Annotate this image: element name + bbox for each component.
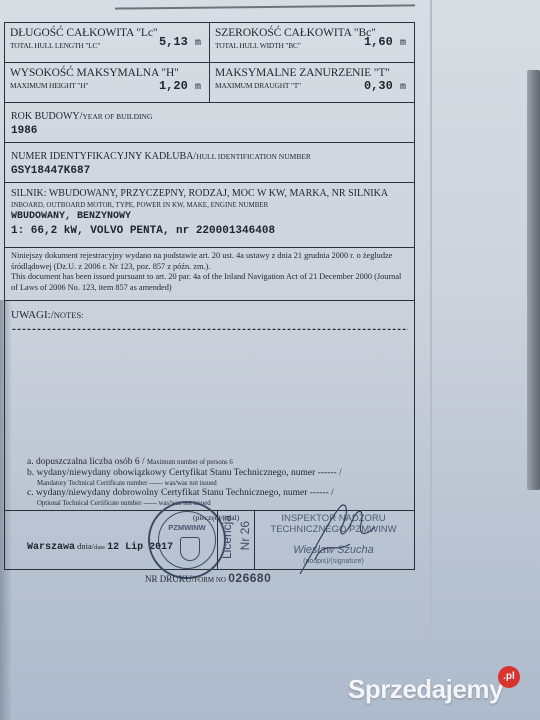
stamp-text: PZMWINW — [150, 523, 224, 532]
note-item-a-en: Maximum number of persons 6 — [147, 459, 233, 466]
note-item-a-pl: a. dopuszczalna liczba osób 6 / — [27, 457, 147, 467]
legal-text-pl: Niniejszy dokument rejestracyjny wydano … — [11, 251, 408, 272]
shield-emblem-icon — [180, 537, 200, 561]
length-number: 5,13 — [159, 35, 188, 49]
form-number: NR DRUKU/FORM NO 026680 — [145, 571, 271, 585]
licence-number: Nr 26 — [238, 521, 252, 550]
form-number-label-pl: NR DRUKU/ — [145, 574, 194, 584]
year-label-en: YEAR OF BUILDING — [82, 112, 152, 121]
paper-top-edge — [115, 4, 415, 9]
width-cell: SZEROKOŚĆ CAŁKOWITA "Bc" TOTAL HULL WIDT… — [209, 23, 414, 62]
length-value: 5,13 m — [159, 35, 201, 49]
handwritten-signature-icon — [295, 499, 385, 579]
notes-label-en: NOTES: — [54, 310, 84, 320]
engine-label-en: INBOARD, OUTBOARD MOTOR, TYPE, POWER IN … — [11, 200, 408, 210]
dimensions-row-1: DŁUGOŚĆ CAŁKOWITA "Lc" TOTAL HULL LENGTH… — [4, 22, 415, 63]
signature-block: Warszawa dnia/date 12 Lip 2017 PZMWINW (… — [4, 511, 415, 570]
year-label-pl: ROK BUDOWY/ — [11, 111, 82, 122]
note-item-a: a. dopuszczalna liczba osób 6 / Maximum … — [27, 457, 408, 468]
height-unit: m — [195, 82, 201, 93]
engine-label-pl: SILNIK: WBUDOWANY, PRZYCZEPNY, RODZAJ, M… — [11, 187, 408, 200]
height-cell: WYSOKOŚĆ MAKSYMALNA "H" MAXIMUM HEIGHT "… — [5, 63, 209, 102]
note-item-b-en: Mandatory Technical Certificate number -… — [27, 479, 408, 488]
dimensions-row-2: WYSOKOŚĆ MAKSYMALNA "H" MAXIMUM HEIGHT "… — [4, 63, 415, 103]
date-label-en: date — [94, 544, 105, 551]
year-value: 1986 — [11, 124, 408, 138]
hull-id-label: NUMER IDENTYFIKACYJNY KADŁUBA/HULL IDENT… — [11, 146, 408, 164]
watermark-logo: Sprzedajemy — [348, 674, 503, 705]
legal-text-en: This document has been issued pursuant t… — [11, 272, 408, 293]
watermark-badge: .pl — [498, 666, 520, 688]
engine-details: 1: 66,2 kW, VOLVO PENTA, nr 220001346408 — [11, 224, 408, 238]
date-label-pl: dnia/ — [77, 541, 94, 551]
length-unit: m — [195, 38, 201, 49]
hull-id-row: NUMER IDENTYFIKACYJNY KADŁUBA/HULL IDENT… — [4, 143, 415, 183]
hull-id-label-pl: NUMER IDENTYFIKACYJNY KADŁUBA/ — [11, 151, 196, 162]
length-cell: DŁUGOŚĆ CAŁKOWITA "Lc" TOTAL HULL LENGTH… — [5, 23, 209, 62]
note-item-c: c. wydany/niewydany dobrowolny Certyfika… — [27, 488, 408, 499]
notes-dashed-line: ----------------------------------------… — [11, 325, 408, 336]
notes-label-pl: UWAGI:/ — [11, 309, 54, 321]
draught-cell: MAKSYMALNE ZANURZENIE "T" MAXIMUM DRAUGH… — [209, 63, 414, 102]
licence-label: Licencja — [220, 515, 234, 559]
form-number-label-en: FORM NO — [194, 576, 226, 584]
draught-value: 0,30 m — [364, 79, 406, 93]
width-number: 1,60 — [364, 35, 393, 49]
licence-box: Licencja Nr 26 — [217, 511, 255, 570]
note-item-b: b. wydany/niewydany obowiązkowy Certyfik… — [27, 468, 408, 479]
width-value: 1,60 m — [364, 35, 406, 49]
draught-number: 0,30 — [364, 79, 393, 93]
draught-unit: m — [400, 82, 406, 93]
issue-city: Warszawa — [27, 542, 75, 553]
paper-right-edge — [430, 0, 432, 640]
height-value: 1,20 m — [159, 79, 201, 93]
year-of-building-row: ROK BUDOWY/YEAR OF BUILDING 1986 — [4, 103, 415, 143]
width-unit: m — [400, 38, 406, 49]
registration-form: DŁUGOŚĆ CAŁKOWITA "Lc" TOTAL HULL LENGTH… — [4, 22, 415, 570]
legal-basis-row: Niniejszy dokument rejestracyjny wydano … — [4, 248, 415, 301]
notes-section: UWAGI:/NOTES: --------------------------… — [4, 301, 415, 511]
engine-row: SILNIK: WBUDOWANY, PRZYCZEPNY, RODZAJ, M… — [4, 183, 415, 248]
background-object — [527, 70, 540, 490]
year-label: ROK BUDOWY/YEAR OF BUILDING — [11, 106, 408, 124]
hull-id-value: GSY18447K687 — [11, 164, 408, 178]
notes-label: UWAGI:/NOTES: — [11, 305, 408, 323]
hull-id-label-en: HULL IDENTIFICATION NUMBER — [196, 152, 311, 161]
height-number: 1,20 — [159, 79, 188, 93]
form-number-value: 026680 — [228, 571, 271, 585]
engine-type: WBUDOWANY, BENZYNOWY — [11, 210, 408, 224]
